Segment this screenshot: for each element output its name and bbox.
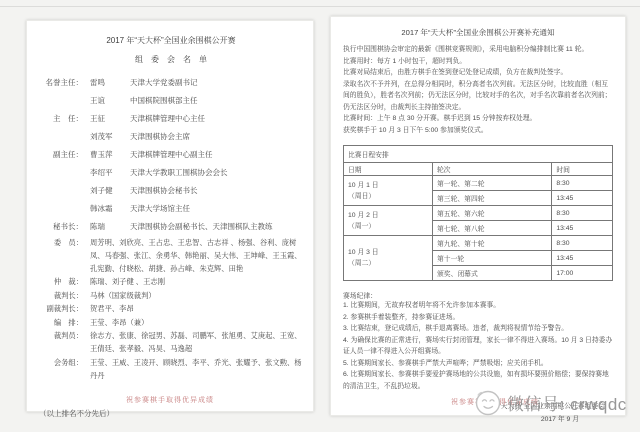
member-name: 韩冰霜 (83, 203, 122, 214)
roster-row: 名誉主任： 雷鸣 天津大学党委副书记 (39, 73, 303, 91)
table-caption-row: 比赛日程安排 (344, 146, 613, 163)
notice-paragraph: 比赛对局结束后，由胜方棋手在签到登记处登记成绩，负方在裁判处签字。 (343, 67, 613, 79)
member-name: 刘茂军 (83, 131, 122, 142)
member-title: 天津围棋协会副秘书长、天津围棋队主教练 (122, 221, 303, 232)
date-line: 10 月 3 日 (348, 247, 428, 258)
date-line: 10 月 1 日 (348, 180, 428, 191)
group-members: 周芳明、刘欣亮、王占忠、王忠智、古志祥 、杨强、谷利、庞树凤、马春强、张江、余勇… (83, 236, 303, 275)
ranking-footnote: （以上排名不分先后） (39, 408, 303, 419)
date-cell: 10 月 1 日 （周日） (344, 176, 433, 206)
rounds-cell: 第一轮、第二轮 (432, 176, 551, 191)
role-label: 副主任： (39, 149, 83, 160)
notice-page: 2017 年“天大杯”全国业余围棋公开赛补充通知 执行中国围棋协会审定的最新《围… (330, 16, 626, 416)
member-title: 天津棋牌管理中心副主任 (122, 149, 303, 160)
group-members: 陈瑞、刘子健 、王志刚 (83, 275, 303, 288)
role-label: 裁判员： (39, 329, 83, 355)
group-members: 王莹、王威、王凌开、顾晓烈、李平、乔光、张耀予、张文勲、杨丹丹 (83, 356, 303, 382)
blessing-text-left: 祝参赛棋手取得优异成绩 (27, 395, 313, 405)
time-cell: 8:30 (552, 206, 613, 221)
table-row: 10 月 3 日 （周二） 第九轮、第十轮 8:30 (344, 236, 613, 251)
page-title: 2017 年“天大杯”全国业余围棋公开赛 (39, 35, 303, 46)
date-cell: 10 月 2 日 （周一） (344, 206, 433, 236)
discipline-item: 3. 比赛结束，登记成绩后，棋手退离赛场。违者，裁判将视情节给予警告。 (343, 323, 613, 335)
roster-row: 李绍平 天津大学教职工围棋协会会长 (39, 163, 303, 181)
member-name: 王谊 (83, 95, 122, 106)
rounds-cell: 第七轮、第八轮 (432, 221, 551, 236)
member-name: 李绍平 (83, 167, 122, 178)
col-header-date: 日期 (344, 163, 433, 176)
role-label: 副裁判长： (39, 302, 83, 315)
notice-paragraph: 获奖棋手于 10 月 3 日下午 5:00 参加颁奖仪式。 (343, 125, 613, 137)
roster-row: 韩冰霜 天津大学场馆主任 (39, 199, 303, 217)
date-cell: 10 月 3 日 （周二） (344, 236, 433, 281)
group-row: 会务组： 王莹、王威、王凌开、顾晓烈、李平、乔光、张耀予、张文勲、杨丹丹 (39, 356, 303, 382)
weekday-line: （周一） (348, 221, 428, 232)
role-label: 会务组： (39, 356, 83, 382)
role-label: 名誉主任： (39, 77, 83, 88)
member-name: 雷鸣 (83, 77, 122, 88)
wechat-id-label: 微信号: crwqdc (507, 390, 627, 415)
group-row: 副裁判长： 贺君平、李昂 (39, 302, 303, 315)
member-title: 天津围棋协会秘书长 (122, 185, 303, 196)
scanned-document: 2017 年“天大杯”全国业余围棋公开赛 组委会名单 名誉主任： 雷鸣 天津大学… (0, 0, 640, 432)
member-name: 王征 (83, 113, 122, 124)
notice-paragraph: 比赛时间：上午 8 点 30 分开赛。棋手迟到 15 分钟按弃权处理。 (343, 113, 613, 125)
col-header-round: 轮次 (432, 163, 551, 176)
time-cell: 13:45 (552, 191, 613, 206)
group-row: 委 员： 周芳明、刘欣亮、王占忠、王忠智、古志祥 、杨强、谷利、庞树凤、马春强、… (39, 236, 303, 275)
wechat-face-icon (472, 386, 504, 418)
role-label: 委 员： (39, 236, 83, 275)
discipline-item: 2. 参赛棋手着装整齐，持参赛证进场。 (343, 312, 613, 324)
schedule-table: 比赛日程安排 日期 轮次 时间 10 月 1 日 （周日） 第一轮、第二轮 8:… (343, 145, 613, 281)
rounds-cell: 第九轮、第十轮 (432, 236, 551, 251)
time-cell: 13:45 (552, 251, 613, 266)
member-title: 天津围棋协会主席 (122, 131, 303, 142)
member-title: 天津大学教职工围棋协会会长 (122, 167, 303, 178)
roster-row: 刘子健 天津围棋协会秘书长 (39, 181, 303, 199)
member-name: 刘子健 (83, 185, 122, 196)
time-cell: 17:00 (552, 266, 613, 281)
discipline-title: 赛场纪律： (343, 290, 613, 300)
roster-row: 主 任： 王征 天津棋牌管理中心主任 (39, 109, 303, 127)
role-label: 仲 裁： (39, 275, 83, 288)
table-caption: 比赛日程安排 (344, 146, 613, 163)
roster-row: 刘茂军 天津围棋协会主席 (39, 127, 303, 145)
table-header-row: 日期 轮次 时间 (344, 163, 613, 176)
page-title: 2017 年“天大杯”全国业余围棋公开赛补充通知 (343, 27, 613, 38)
date-line: 10 月 2 日 (348, 210, 428, 221)
time-cell: 13:45 (552, 221, 613, 236)
committee-page: 2017 年“天大杯”全国业余围棋公开赛 组委会名单 名誉主任： 雷鸣 天津大学… (26, 20, 314, 412)
notice-paragraph: 执行中国围棋协会审定的最新《围棋竞赛规则》，采用电脑积分编排制比赛 11 轮。 (343, 44, 613, 56)
col-header-time: 时间 (552, 163, 613, 176)
group-list: 委 员： 周芳明、刘欣亮、王占忠、王忠智、古志祥 、杨强、谷利、庞树凤、马春强、… (39, 236, 303, 382)
discipline-item: 4. 为确保比赛的正常进行，赛场实行封闭管理，家长一律不得进入赛场。10 月 3… (343, 335, 613, 358)
member-title: 天津大学党委副书记 (122, 77, 303, 88)
group-members: 马林（国家级裁判） (83, 289, 303, 302)
table-row: 10 月 1 日 （周日） 第一轮、第二轮 8:30 (344, 176, 613, 191)
role-label: 主 任： (39, 113, 83, 124)
roster-row: 秘书长： 陈瑞 天津围棋协会副秘书长、天津围棋队主教练 (39, 217, 303, 235)
discipline-item: 1. 比赛期间，无故弃权者明年将不允许参加本赛事。 (343, 300, 613, 312)
member-title: 天津棋牌管理中心主任 (122, 113, 303, 124)
role-label: 裁判长： (39, 289, 83, 302)
wechat-watermark: 微信号: crwqdc (472, 386, 627, 418)
group-members: 贺君平、李昂 (83, 302, 303, 315)
group-row: 仲 裁： 陈瑞、刘子健 、王志刚 (39, 275, 303, 288)
member-name: 曹玉萍 (83, 149, 122, 160)
role-label: 秘书长： (39, 221, 83, 232)
rounds-cell: 颁奖、闭幕式 (432, 266, 551, 281)
rounds-cell: 第五轮、第六轮 (432, 206, 551, 221)
group-row: 编 排： 王莹、李昂（兼） (39, 316, 303, 329)
notice-paragraph: 比赛用时：每方 1 小时包干，超时判负。 (343, 56, 613, 68)
member-title: 中国棋院围棋部主任 (122, 95, 303, 106)
roster-list: 名誉主任： 雷鸣 天津大学党委副书记 王谊 中国棋院围棋部主任 主 任： 王征 … (39, 73, 303, 235)
notice-paragraph: 录取名次不予并列，在总得分相同时，积分高者名次列前。无法区分时，比较直胜（相互间… (343, 79, 613, 114)
time-cell: 8:30 (552, 236, 613, 251)
time-cell: 8:30 (552, 176, 613, 191)
rounds-cell: 第三轮、第四轮 (432, 191, 551, 206)
table-row: 10 月 2 日 （周一） 第五轮、第六轮 8:30 (344, 206, 613, 221)
group-members: 徐志方、张康、徐冠男、苏磊、司鹏军、张旭勇、艾庚起、王宽、王倩廷、张孝毅、冯昊、… (83, 329, 303, 355)
group-members: 王莹、李昂（兼） (83, 316, 303, 329)
member-name: 陈瑞 (83, 221, 122, 232)
roster-row: 副主任： 曹玉萍 天津棋牌管理中心副主任 (39, 145, 303, 163)
group-row: 裁判员： 徐志方、张康、徐冠男、苏磊、司鹏军、张旭勇、艾庚起、王宽、王倩廷、张孝… (39, 329, 303, 355)
discipline-item: 5. 比赛期间家长、参赛棋手严禁大声喧哗；严禁吸烟；应关闭手机。 (343, 358, 613, 370)
scan-edge-line (0, 6, 640, 7)
weekday-line: （周日） (348, 191, 428, 202)
group-row: 裁判长： 马林（国家级裁判） (39, 289, 303, 302)
rounds-cell: 第十一轮 (432, 251, 551, 266)
role-label: 编 排： (39, 316, 83, 329)
page-subtitle: 组委会名单 (39, 54, 303, 65)
weekday-line: （周二） (348, 258, 428, 269)
roster-row: 王谊 中国棋院围棋部主任 (39, 91, 303, 109)
member-title: 天津大学场馆主任 (122, 203, 303, 214)
